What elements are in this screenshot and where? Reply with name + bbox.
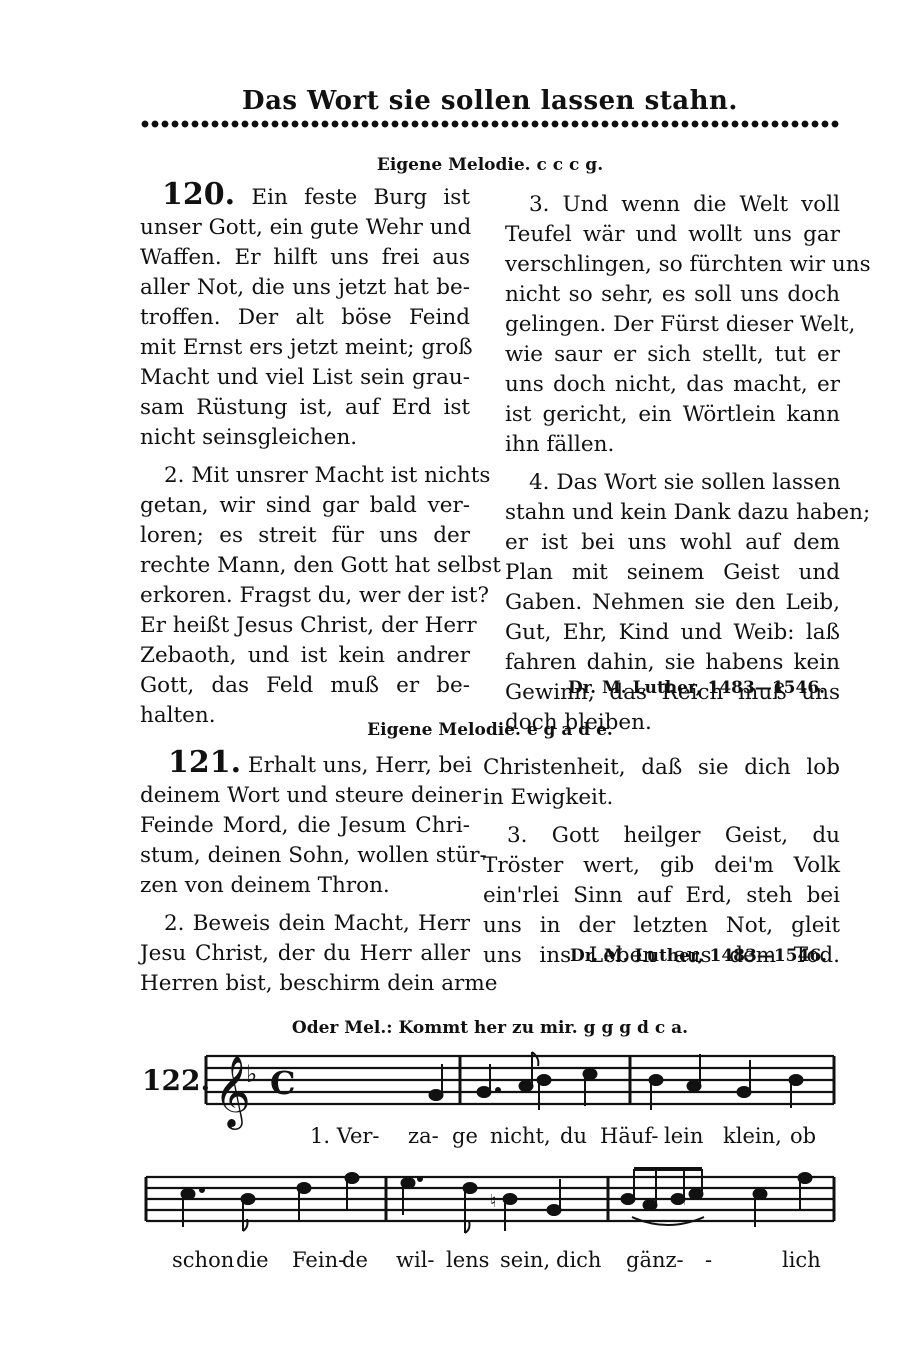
lyric-syllable: dich [556, 1248, 601, 1272]
hymn-number: 120. [162, 177, 235, 212]
verse-line: Plan mit seinem Geist und [505, 558, 840, 588]
verse-line: troffen. Der alt böse Feind [140, 303, 470, 333]
verse-line: fahren dahin, sie habens kein [505, 648, 840, 678]
lyric-syllable: du [560, 1124, 587, 1148]
verse-line: Christenheit, daß sie dich lob [483, 753, 840, 783]
verse-line: Ein feste Burg ist [251, 185, 470, 210]
verse-line: Tröster wert, gib dei'm Volk [483, 851, 840, 881]
running-head: Das Wort sie sollen lassen stahn. [140, 86, 840, 116]
lyric-syllable: sein, [500, 1248, 550, 1272]
dotted-rule-divider [140, 118, 840, 132]
verse-line: ist gericht, ein Wörtlein kann [505, 400, 840, 430]
verse-line: Gaben. Nehmen sie den Leib, [505, 588, 840, 618]
verse-line: Erhalt uns, Herr, bei [248, 753, 472, 778]
verse-line: 2. Mit unsrer Macht ist nichts [140, 461, 470, 491]
lyric-syllable: lens [446, 1248, 489, 1272]
verse-line: nicht so sehr, es soll uns doch [505, 280, 840, 310]
svg-text:♮: ♮ [490, 1191, 496, 1212]
staff-2-lyrics: schon die Fein- de wil- lens sein, dich … [0, 1248, 900, 1278]
verse-line: 4. Das Wort sie sollen lassen [505, 468, 840, 498]
hymn-121-right-column: Christenheit, daß sie dich lob in Ewigke… [483, 753, 840, 971]
svg-text:♭: ♭ [246, 1060, 257, 1088]
svg-text:C: C [270, 1064, 295, 1102]
verse-line: unser Gott, ein gute Wehr und [140, 213, 470, 243]
verse-line: 3. Gott heilger Geist, du [483, 821, 840, 851]
hymn-120-left-column: 120. Ein feste Burg ist unser Gott, ein … [140, 180, 470, 731]
verse-line: gelingen. Der Fürst dieser Welt, [505, 310, 840, 340]
lyric-syllable: die [236, 1248, 269, 1272]
verse-line: Herren bist, beschirm dein arme [140, 969, 470, 999]
hymn-120-author: Dr. M. Luther, 1483—1546. [568, 678, 825, 698]
verse-line: wie saur er sich stellt, tut er [505, 340, 840, 370]
lyric-syllable: wil- [396, 1248, 435, 1272]
verse-line: uns doch nicht, das macht, er [505, 370, 840, 400]
hymn-120-right-column: 3. Und wenn die Welt voll Teufel wär und… [505, 190, 840, 738]
lyric-syllable: nicht, [490, 1124, 551, 1148]
hymnal-page: Das Wort sie sollen lassen stahn. Eigene… [0, 0, 900, 1368]
verse-line: mit Ernst ers jetzt meint; groß [140, 333, 470, 363]
verse-line: erkoren. Fragst du, wer der ist? [140, 581, 470, 611]
verse-line: nicht seinsgleichen. [140, 423, 470, 453]
verse-line: getan, wir sind gar bald ver- [140, 491, 470, 521]
verse-line: Er heißt Jesus Christ, der Herr [140, 611, 470, 641]
lyric-syllable: schon [172, 1248, 234, 1272]
lyric-syllable: za- [408, 1124, 439, 1148]
verse-line: zen von deinem Thron. [140, 871, 470, 901]
lyric-syllable: de [342, 1248, 368, 1272]
verse-line: Waffen. Er hilft uns frei aus [140, 243, 470, 273]
verse-line: sam Rüstung ist, auf Erd ist [140, 393, 470, 423]
verse-line: Teufel wär und wollt uns gar [505, 220, 840, 250]
hymn-121-left-column: 121. Erhalt uns, Herr, bei deinem Wort u… [140, 748, 470, 999]
verse-line: 2. Beweis dein Macht, Herr [140, 909, 470, 939]
lyric-syllable: 1. Ver- [310, 1124, 380, 1148]
verse-line: uns in der letzten Not, gleit [483, 911, 840, 941]
verse-line: er ist bei uns wohl auf dem [505, 528, 840, 558]
verse-line: Gut, Ehr, Kind und Weib: laß [505, 618, 840, 648]
lyric-syllable: Fein- [292, 1248, 345, 1272]
staff-1-lyrics: 1. Ver- za- ge nicht, du Häuf- lein klei… [0, 1124, 900, 1154]
verse-line: aller Not, die uns jetzt hat be- [140, 273, 470, 303]
verse-line: Gott, das Feld muß er be- [140, 671, 470, 701]
lyric-syllable: lich [782, 1248, 821, 1272]
lyric-syllable: gänz- [626, 1248, 684, 1272]
verse-line: stahn und kein Dank dazu haben; [505, 498, 840, 528]
verse-line: ein'rlei Sinn auf Erd, steh bei [483, 881, 840, 911]
verse-line: Zebaoth, und ist kein andrer [140, 641, 470, 671]
hymn-120-first-line: 120. Ein feste Burg ist [140, 180, 470, 213]
verse-line: rechte Mann, den Gott hat selbst [140, 551, 470, 581]
lyric-syllable: lein [664, 1124, 703, 1148]
verse-line: Jesu Christ, der du Herr aller [140, 939, 470, 969]
lyric-syllable: Häuf- [600, 1124, 658, 1148]
verse-line: Macht und viel List sein grau- [140, 363, 470, 393]
hymn-120-melody-note: Eigene Melodie. c c c g. [140, 155, 840, 175]
hymn-121-first-line: 121. Erhalt uns, Herr, bei [140, 748, 470, 781]
svg-text:♮: ♮ [680, 1190, 686, 1209]
hymn-121-melody-note: Eigene Melodie. e g a d e. [140, 720, 840, 740]
verse-line: stum, deinen Sohn, wollen stür- [140, 841, 470, 871]
hymn-121-author: Dr. M. Luther, 1483—1546. [570, 946, 827, 966]
verse-line: Feinde Mord, die Jesum Chri- [140, 811, 470, 841]
hymn-number: 121. [168, 745, 241, 780]
verse-line: deinem Wort und steure deiner [140, 781, 470, 811]
lyric-syllable: - [705, 1248, 712, 1272]
common-time-icon: C [270, 1064, 295, 1102]
lyric-syllable: ge [452, 1124, 478, 1148]
verse-line: verschlingen, so fürchten wir uns [505, 250, 840, 280]
verse-line: in Ewigkeit. [483, 783, 840, 813]
lyric-syllable: ob [790, 1124, 816, 1148]
verse-line: loren; es streit für uns der [140, 521, 470, 551]
lyric-syllable: klein, [723, 1124, 782, 1148]
verse-line: 3. Und wenn die Welt voll [505, 190, 840, 220]
flat-icon: ♭ [246, 1060, 257, 1088]
hymn-122-melody-note: Oder Mel.: Kommt her zu mir. g g g d c a… [140, 1018, 840, 1038]
music-staff-2: ♮ ♮ [140, 1165, 840, 1245]
verse-line: ihn fällen. [505, 430, 840, 460]
